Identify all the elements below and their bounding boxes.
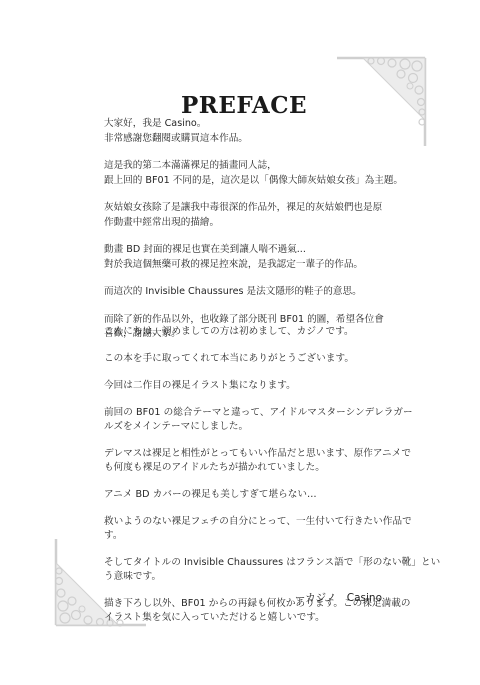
text-line: う意味です。	[104, 570, 404, 584]
chinese-section: 大家好，我是 Casino。 非常感謝您翻閱或購買這本作品。 這是我的第二本滿滿…	[104, 117, 404, 342]
text-line: アニメ BD カバーの裸足も美しすぎて堪らない…	[104, 488, 404, 502]
preface-page: PREFACE 大家好，我是 Casino。 非常感謝您翻閱或購買這本作品。 這…	[0, 0, 480, 685]
text-line: 而這次的 Invisible Chaussures 是法文隱形的鞋子的意思。	[104, 285, 404, 300]
text-line: 大家好，我是 Casino。	[104, 117, 404, 132]
text-line: す。	[104, 529, 404, 543]
japanese-section: こんにちは、初めましての方は初めまして、カジノです。 この本を手に取ってくれて本…	[104, 325, 404, 625]
text-line: 今回は二作目の裸足イラスト集になります。	[104, 379, 404, 393]
text-line: 前回の BF01 の総合テーマと違って、アイドルマスターシンデレラガー	[104, 406, 404, 420]
text-line: 非常感謝您翻閱或購買這本作品。	[104, 132, 404, 147]
text-line: 作動畫中經常出現的描繪。	[104, 216, 404, 231]
page-title: PREFACE	[0, 93, 480, 119]
text-line: 對於我這個無藥可救的裸足控來說，是我認定一輩子的作品。	[104, 258, 404, 273]
text-line: 救いようのない裸足フェチの自分にとって、一生付いて行きたい作品で	[104, 515, 404, 529]
text-line: も何度も裸足のアイドルたちが描かれていました。	[104, 461, 404, 475]
text-line: こんにちは、初めましての方は初めまして、カジノです。	[104, 325, 404, 339]
text-line: そしてタイトルの Invisible Chaussures はフランス語で「形の…	[104, 556, 404, 570]
text-line: 跟上回的 BF01 不同的是，這次是以「偶像大師灰姑娘女孩」為主題。	[104, 174, 404, 189]
text-line: 這是我的第二本滿滿裸足的插畫同人誌，	[104, 159, 404, 174]
text-line: 動畫 BD 封面的裸足也實在美到讓人喘不過氣...	[104, 243, 404, 258]
text-line: イラスト集を気に入っていただけると嬉しいです。	[104, 611, 404, 625]
text-line: ルズをメインテーマにしました。	[104, 420, 404, 434]
signature: ーカジノ Casino	[0, 590, 382, 605]
text-line: この本を手に取ってくれて本当にありがとうございます。	[104, 352, 404, 366]
text-line: デレマスは裸足と相性がとってもいい作品だと思います、原作アニメで	[104, 447, 404, 461]
text-line: 灰姑娘女孩除了是讓我中毒很深的作品外，裸足的灰姑娘們也是原	[104, 201, 404, 216]
